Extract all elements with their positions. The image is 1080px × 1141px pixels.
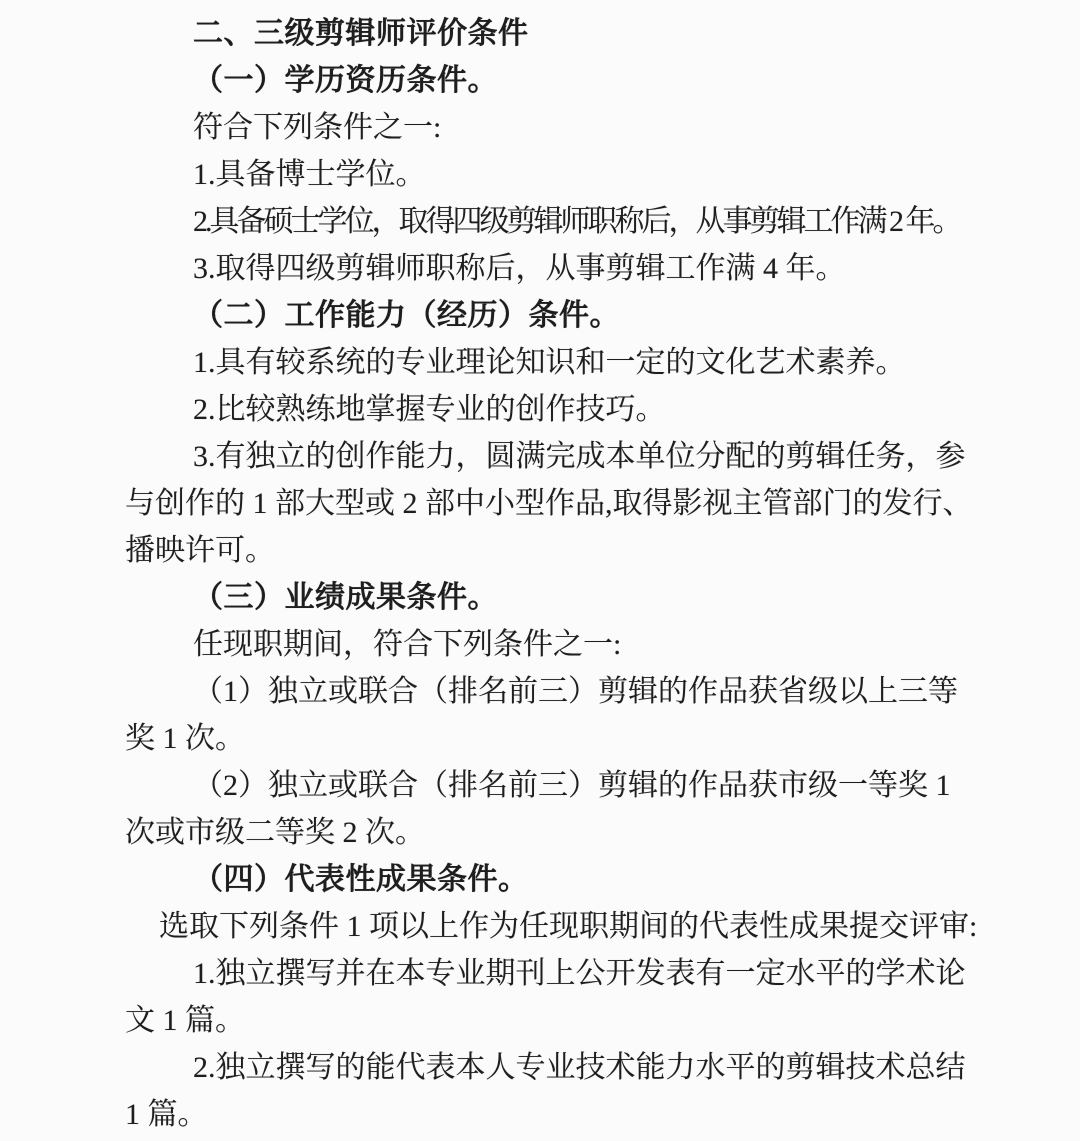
text-line: 3.有独立的创作能力，圆满完成本单位分配的剪辑任务，参 <box>125 433 1010 480</box>
text-line: 2.比较熟练地掌握专业的创作技巧。 <box>125 386 1010 433</box>
heading-performance-results: （三）业绩成果条件。 <box>125 574 1010 621</box>
text-line: 符合下列条件之一: <box>125 104 1010 151</box>
heading-work-ability: （二）工作能力（经历）条件。 <box>125 292 1010 339</box>
text-line: 选取下列条件 1 项以上作为任现职期间的代表性成果提交评审: <box>125 903 1010 950</box>
document-title: 二、三级剪辑师评价条件 <box>125 10 1010 57</box>
heading-education-qualification: （一）学历资历条件。 <box>125 57 1010 104</box>
text-line: 与创作的 1 部大型或 2 部中小型作品,取得影视主管部门的发行、 <box>125 480 1010 527</box>
text-line: 3.取得四级剪辑师职称后，从事剪辑工作满 4 年。 <box>125 245 1010 292</box>
text-line: 奖 1 次。 <box>125 715 1010 762</box>
text-line: 文 1 篇。 <box>125 997 1010 1044</box>
text-line: 1.具备博士学位。 <box>125 151 1010 198</box>
text-line: 1.独立撰写并在本专业期刊上公开发表有一定水平的学术论 <box>125 950 1010 997</box>
text-line: 播映许可。 <box>125 527 1010 574</box>
text-line: 1 篇。 <box>125 1091 1010 1138</box>
heading-representative-results: （四）代表性成果条件。 <box>125 856 1010 903</box>
text-line: （2）独立或联合（排名前三）剪辑的作品获市级一等奖 1 <box>125 762 1010 809</box>
text-line: 次或市级二等奖 2 次。 <box>125 809 1010 856</box>
scanned-document-page: 二、三级剪辑师评价条件 （一）学历资历条件。 符合下列条件之一: 1.具备博士学… <box>0 0 1080 1141</box>
text-line: 2.具备硕士学位，取得四级剪辑师职称后，从事剪辑工作满 2 年。 <box>125 198 1010 245</box>
text-line: 1.具有较系统的专业理论知识和一定的文化艺术素养。 <box>125 339 1010 386</box>
text-line: （1）独立或联合（排名前三）剪辑的作品获省级以上三等 <box>125 668 1010 715</box>
text-line: 2.独立撰写的能代表本人专业技术能力水平的剪辑技术总结 <box>125 1044 1010 1091</box>
text-line: 任现职期间，符合下列条件之一: <box>125 621 1010 668</box>
